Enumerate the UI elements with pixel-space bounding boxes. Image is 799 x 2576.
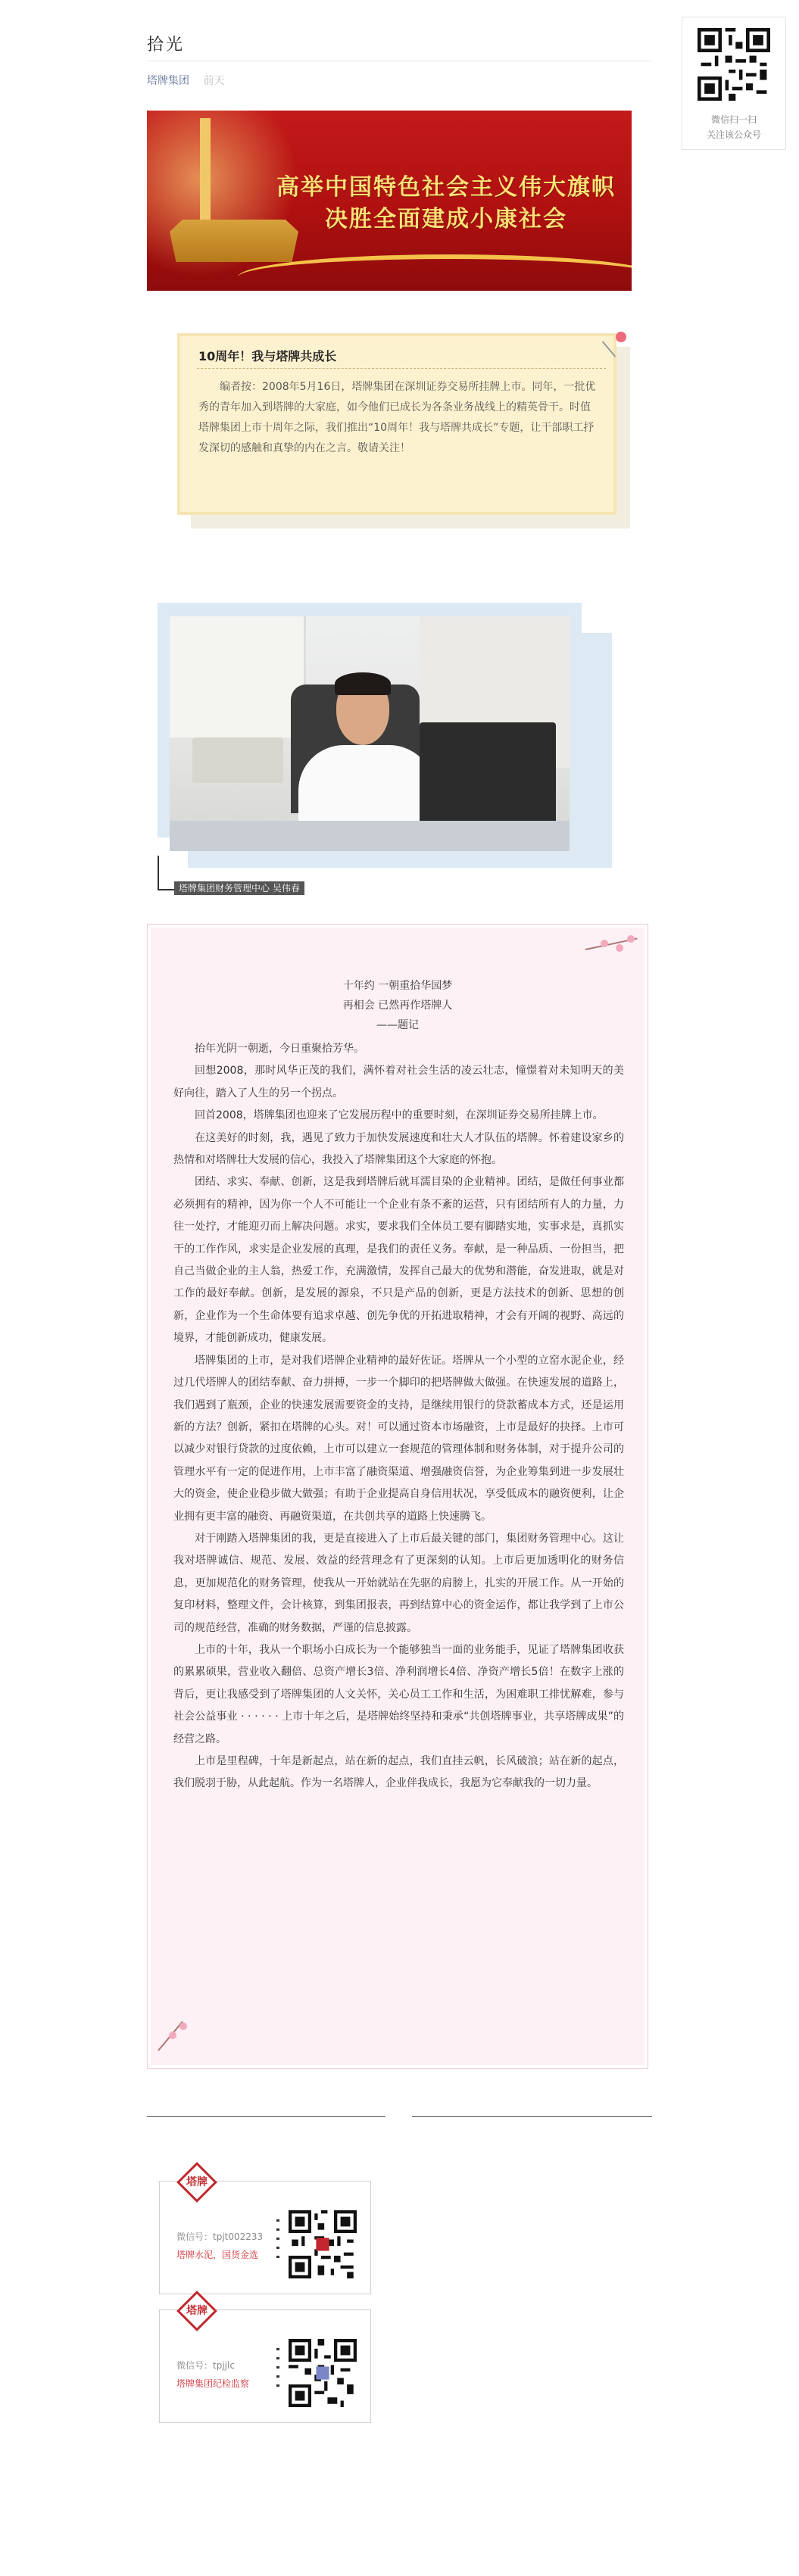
qr-hint-line-1: 微信扫一扫 [682,113,785,126]
side-qr-panel: 微信扫一扫 关注该公众号 [682,17,786,150]
epigraph-line: ——题记 [151,1015,645,1035]
account-name-link[interactable]: 塔牌集团 [147,75,189,87]
epigraph-line: 再相会 已然再作塔牌人 [151,996,645,1015]
article-meta: 塔牌集团 前天 [147,73,224,88]
brand-logo-icon: 塔牌 [178,2292,216,2337]
employee-photo [170,616,570,851]
note-card: 10周年！我与塔牌共成长 编者按：2008年5月16日，塔牌集团在深圳证券交易所… [177,333,616,515]
paragraph: 塔牌集团的上市，是对我们塔牌企业精神的最好佐证。塔牌从一个小型的立窑水泥企业，经… [173,1350,624,1528]
footer-divider-left [147,2116,385,2117]
monument-icon [200,118,211,224]
epigraph: 十年约 一朝重拾华园梦 再相会 已然再作塔牌人 ——题记 [151,976,645,1035]
cherry-blossom-icon [158,2019,204,2057]
paragraph: 上市的十年，我从一个职场小白成长为一个能够独当一面的业务能手，见证了塔牌集团收获… [173,1639,624,1751]
ribbon-decoration [238,254,632,291]
footer-divider-right [412,2116,652,2117]
caption-bracket [158,856,174,890]
card-slogan: 塔牌集团纪检监察 [176,2377,249,2390]
pushpin-icon [604,332,628,356]
paragraph: 团结、求实、奉献、创新，这是我到塔牌后就耳濡目染的企业精神。团结，是做任何事业都… [173,1171,624,1349]
follow-card: 塔牌 微信号：tpjjlc 塔牌集团纪检监察 [159,2309,371,2423]
banner-slogan-2: 决胜全面建成小康社会 [261,200,632,233]
wechat-id: 微信号：tpjt002233 [176,2230,263,2243]
profile-photo-block: 塔牌集团财务管理中心 吴伟春 [158,603,612,898]
photo-caption: 塔牌集团财务管理中心 吴伟春 [174,881,304,895]
page-title: 拾光 [147,32,185,55]
banner-image: 高举中国特色社会主义伟大旗帜 决胜全面建成小康社会 [147,111,632,291]
epigraph-line: 十年约 一朝重拾华园梦 [151,976,645,996]
note-body: 编者按：2008年5月16日，塔牌集团在深圳证券交易所挂牌上市。同年，一批优秀的… [198,377,596,459]
cherry-blossom-icon [585,934,638,964]
dot-separator [276,2219,279,2265]
qr-code-icon[interactable] [289,2339,357,2407]
wechat-id: 微信号：tpjjlc [176,2359,235,2372]
follow-card: 塔牌 微信号：tpjt002233 塔牌水泥，国货金选 [159,2181,371,2294]
publish-date: 前天 [203,75,224,87]
title-divider [147,61,652,61]
paragraph: 对于刚踏入塔牌集团的我，更是直接进入了上市后最关键的部门，集团财务管理中心。这让… [173,1528,624,1639]
paragraph: 抬年光阴一朝逝，今日重聚拾芳华。 [173,1038,624,1060]
paragraph: 回首2008，塔牌集团也迎来了它发展历程中的重要时刻，在深圳证券交易所挂牌上市。 [173,1105,624,1127]
qr-code-icon[interactable] [698,28,770,101]
paragraph: 在这美好的时刻，我，遇见了致力于加快发展速度和壮大人才队伍的塔牌。怀着建设家乡的… [173,1127,624,1172]
paragraph: 回想2008，那时风华正茂的我们，满怀着对社会生活的凌云壮志，憧憬着对未知明天的… [173,1060,624,1105]
note-divider [197,368,606,369]
card-slogan: 塔牌水泥，国货金选 [176,2248,258,2261]
note-heading: 10周年！我与塔牌共成长 [198,347,336,364]
dot-separator [276,2348,279,2394]
essay-card: 十年约 一朝重拾华园梦 再相会 已然再作塔牌人 ——题记 抬年光阴一朝逝，今日重… [147,924,648,2069]
brand-logo-icon: 塔牌 [178,2163,216,2209]
editor-note: 10周年！我与塔牌共成长 编者按：2008年5月16日，塔牌集团在深圳证券交易所… [177,333,635,530]
qr-hint-line-2: 关注该公众号 [682,128,785,141]
banner-slogan-1: 高举中国特色社会主义伟大旗帜 [261,168,632,201]
qr-code-icon[interactable] [289,2210,357,2278]
paragraph: 上市是里程碑，十年是新起点，站在新的起点，我们直挂云帆，长风破浪；站在新的起点，… [173,1751,624,1795]
essay-body: 抬年光阴一朝逝，今日重聚拾芳华。 回想2008，那时风华正茂的我们，满怀着对社会… [173,1038,624,1795]
